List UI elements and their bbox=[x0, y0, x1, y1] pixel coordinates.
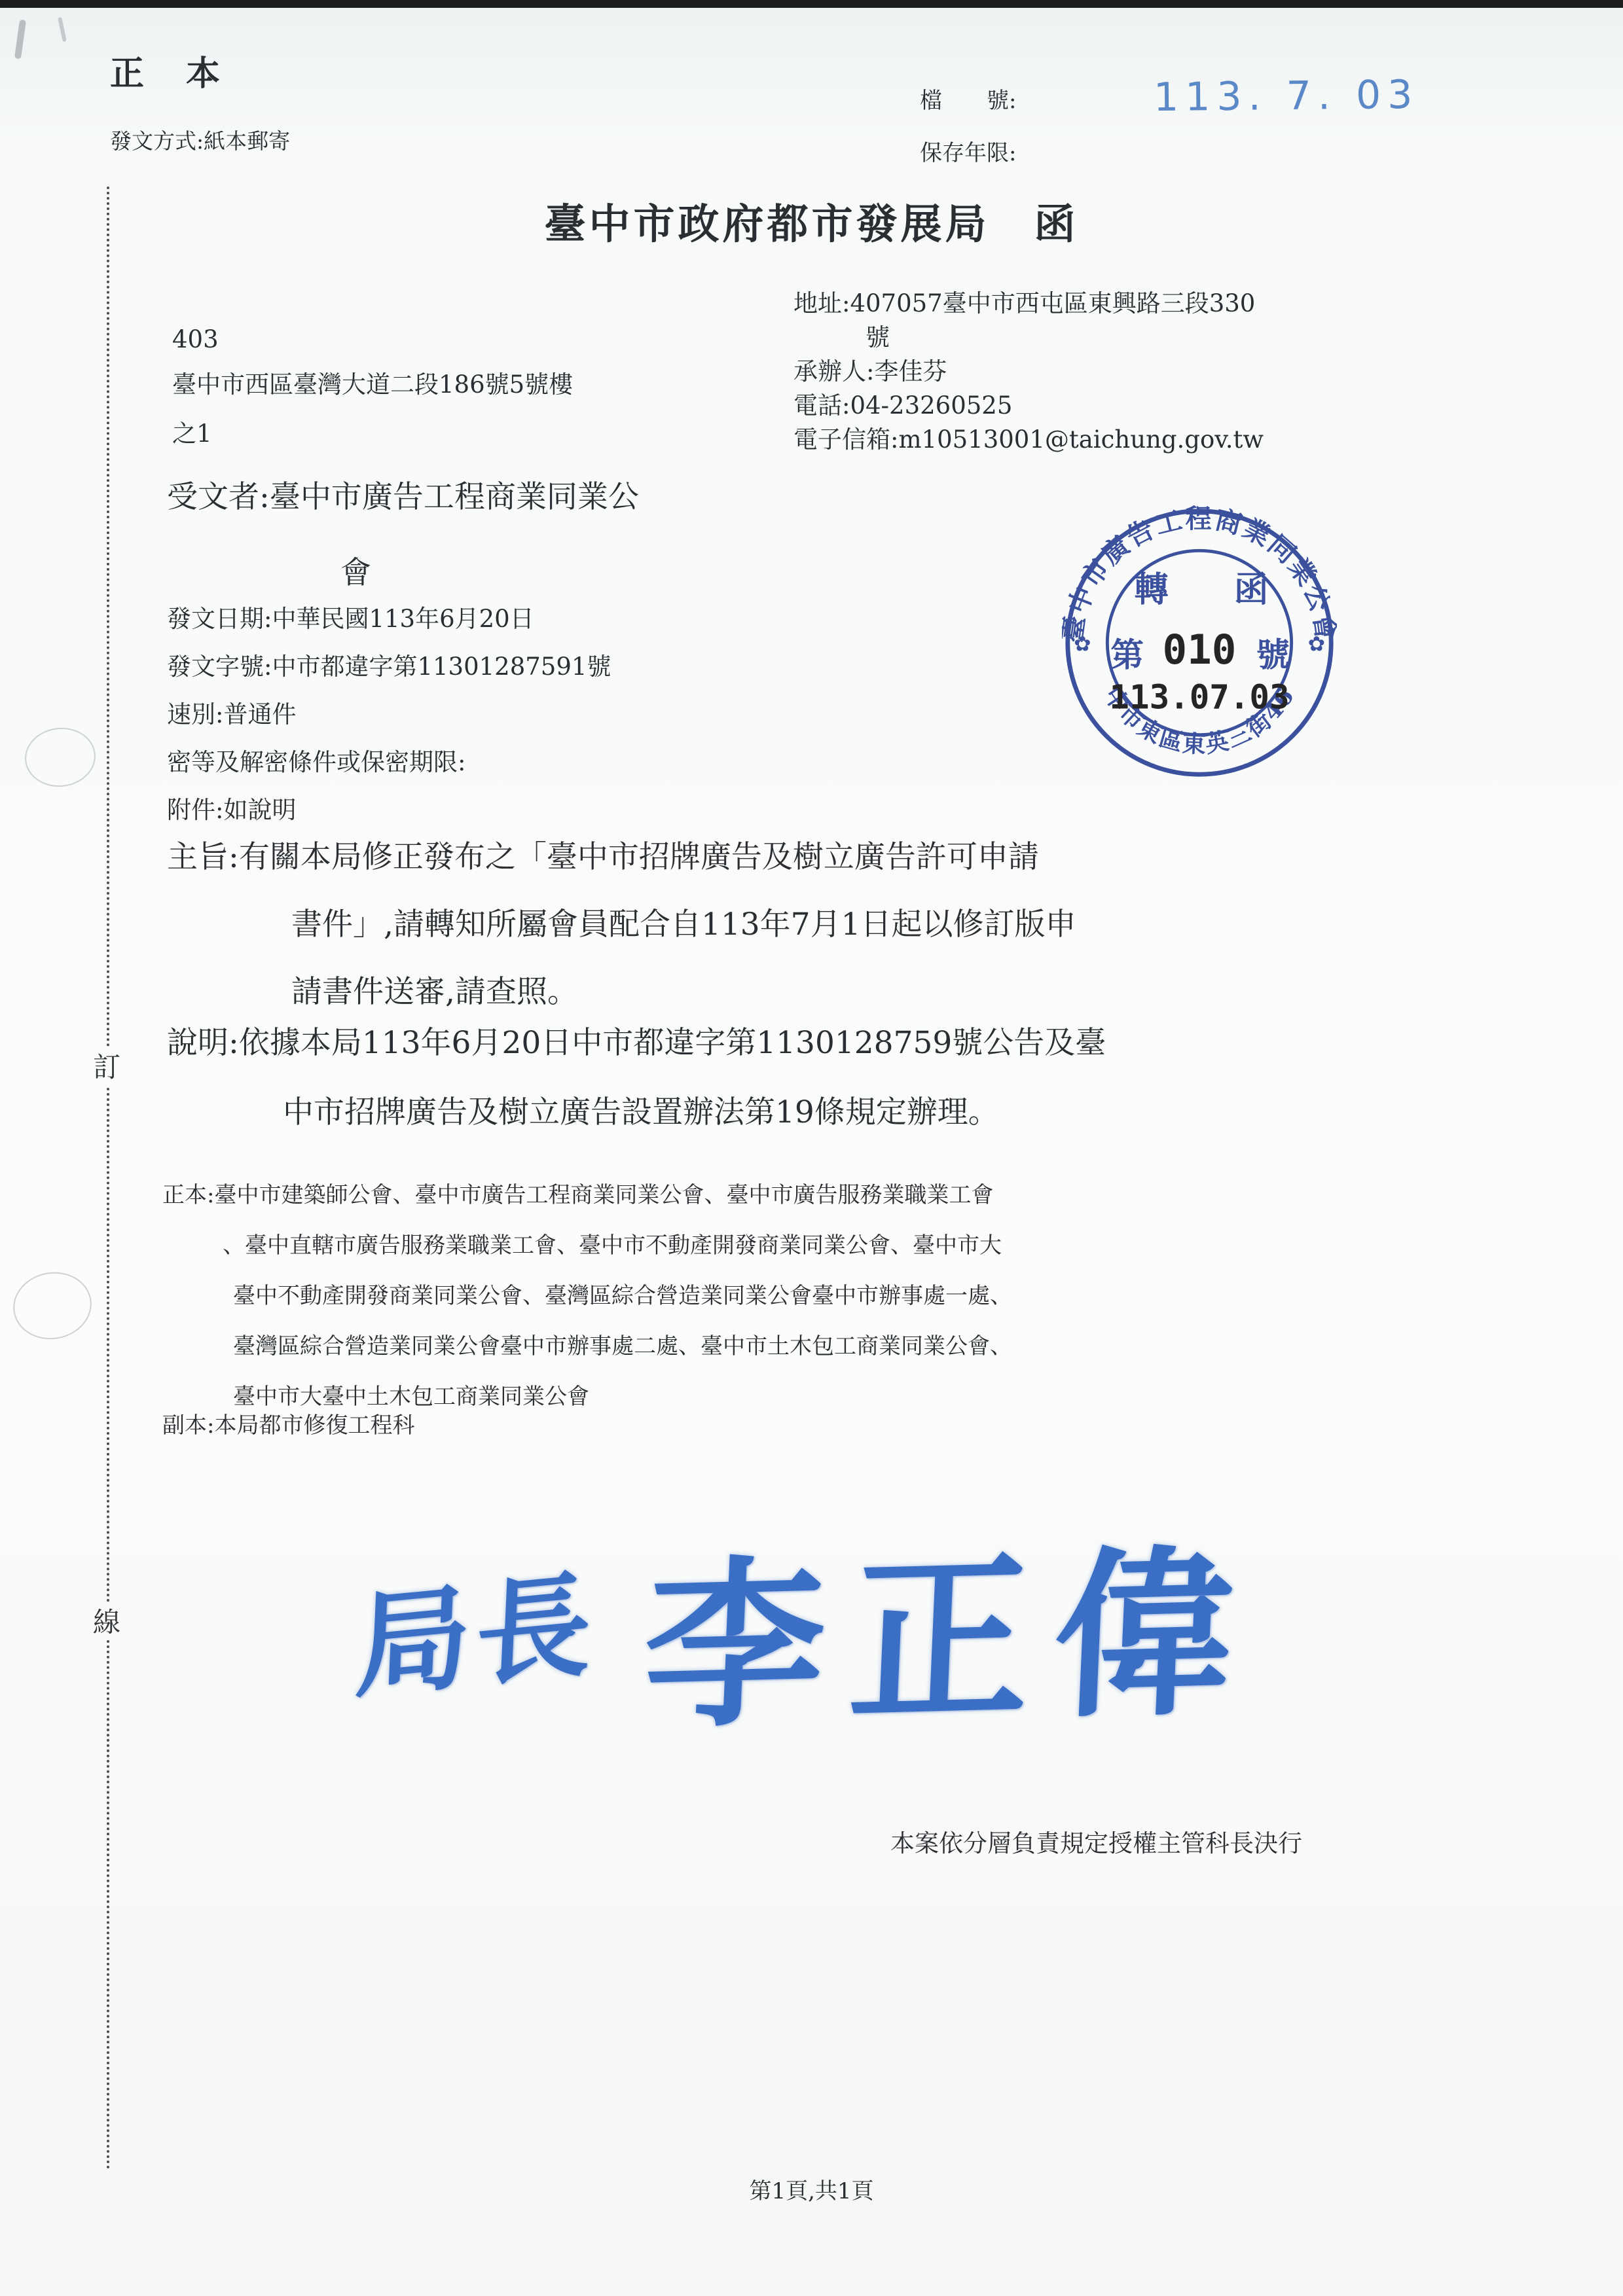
director-name: 李正偉 bbox=[640, 1487, 1266, 1763]
binding-mark-ding: 訂 bbox=[93, 1046, 120, 1085]
original-copy-recipients-line: 正本:臺中市建築師公會、臺中市廣告工程商業同業公會、臺中市廣告服務業職業工會 bbox=[162, 1177, 993, 1209]
doc-number: 發文字號:中市都違字第11301287591號 bbox=[167, 647, 611, 682]
hole-punch-mark bbox=[22, 725, 99, 791]
binding-dotted-line bbox=[107, 187, 109, 1047]
retention-period-label: 保存年限: bbox=[920, 135, 1016, 167]
director-title: 局長 bbox=[352, 1534, 600, 1721]
speed-class: 速別:普通件 bbox=[167, 694, 296, 730]
sender-contact-person: 承辦人:李佳芬 bbox=[793, 355, 1264, 389]
subject-line: 主旨:有關本局修正發布之「臺中市招牌廣告及樹立廣告許可申請 bbox=[167, 833, 1039, 876]
description-line: 中市招牌廣告及樹立廣告設置辦法第19條規定辦理。 bbox=[283, 1088, 999, 1132]
carbon-copy-recipients: 副本:本局都市修復工程科 bbox=[162, 1407, 414, 1439]
subject-line: 請書件送審,請查照。 bbox=[291, 967, 578, 1011]
recipient-address-line2: 之1 bbox=[172, 414, 212, 449]
sender-email: 電子信箱:m10513001@taichung.gov.tw bbox=[793, 423, 1264, 457]
document-title: 臺中市政府都市發展局 函 bbox=[0, 191, 1623, 251]
authorization-note: 本案依分層負責規定授權主管科長決行 bbox=[890, 1823, 1302, 1859]
recipient-line1: 受文者:臺中市廣告工程商業同業公 bbox=[167, 473, 639, 516]
sender-info-block: 地址:407057臺中市西屯區東興路三段330 號 承辦人:李佳芬 電話:04-… bbox=[793, 287, 1264, 457]
sender-phone: 電話:04-23260525 bbox=[793, 389, 1264, 423]
original-copy-recipients-line: 臺中市大臺中土木包工商業同業公會 bbox=[233, 1378, 589, 1410]
attachment-note: 附件:如說明 bbox=[167, 790, 296, 825]
scan-smudge bbox=[14, 20, 26, 60]
security-class: 密等及解密條件或保密期限: bbox=[167, 742, 465, 778]
description-line: 說明:依據本局113年6月20日中市都違字第1130128759號公告及臺 bbox=[167, 1018, 1106, 1062]
file-number-label: 檔 號: bbox=[920, 82, 1016, 115]
seal-flower-left-icon: ✿ bbox=[1074, 633, 1091, 656]
original-copy-recipients-line: 、臺中直轄市廣告服務業職業工會、臺中市不動產開發商業同業公會、臺中市大 bbox=[223, 1227, 1002, 1259]
original-copy-recipients-line: 臺中不動產開發商業同業公會、臺灣區綜合營造業同業公會臺中市辦事處一處、 bbox=[233, 1278, 1012, 1310]
recipient-zip: 403 bbox=[172, 325, 219, 353]
seal-date: 113.07.03 bbox=[1109, 678, 1289, 717]
scan-artifact-strip bbox=[0, 0, 1623, 8]
recipient-address-line1: 臺中市西區臺灣大道二段186號5號樓 bbox=[172, 365, 573, 400]
binding-mark-xian: 線 bbox=[93, 1601, 120, 1640]
binding-dotted-line bbox=[107, 1640, 109, 2169]
seal-number-value: 010 bbox=[1163, 626, 1237, 673]
received-date-stamp: 113. 7. 03 bbox=[1154, 72, 1419, 120]
sender-address-line2: 號 bbox=[793, 321, 1264, 355]
recipient-line2: 會 bbox=[340, 548, 371, 592]
hole-punch-mark bbox=[8, 1266, 97, 1345]
seal-number-suffix: 號 bbox=[1256, 635, 1290, 674]
association-seal: 臺中市廣告工程商業同業公會 臺中市東區東英三街46號 ✿ ✿ 轉 函 第 010… bbox=[1062, 505, 1337, 780]
subject-line: 書件」,請轉知所屬會員配合自113年7月1日起以修訂版申 bbox=[291, 900, 1076, 944]
delivery-method-label: 發文方式:紙本郵寄 bbox=[110, 124, 290, 155]
director-signature-stamp: 局長 李正偉 bbox=[354, 1487, 1264, 1770]
original-copy-recipients-line: 臺灣區綜合營造業同業公會臺中市辦事處二處、臺中市土木包工商業同業公會、 bbox=[233, 1328, 1012, 1360]
copy-type-label: 正 本 bbox=[110, 46, 224, 95]
scanned-official-letter: 訂 線 正 本 發文方式:紙本郵寄 檔 號: 保存年限: 113. 7. 03 … bbox=[0, 0, 1623, 2296]
seal-org-arc: 臺中市廣告工程商業同業公會 bbox=[1062, 505, 1337, 644]
seal-label-right: 函 bbox=[1234, 569, 1269, 610]
scan-smudge bbox=[58, 17, 67, 42]
issue-date: 發文日期:中華民國113年6月20日 bbox=[167, 599, 534, 634]
seal-flower-right-icon: ✿ bbox=[1308, 633, 1325, 656]
binding-dotted-line bbox=[107, 1088, 109, 1602]
seal-number-prefix: 第 bbox=[1110, 635, 1144, 674]
page-number-footer: 第1頁,共1頁 bbox=[0, 2173, 1623, 2205]
seal-label-left: 轉 bbox=[1134, 569, 1169, 610]
sender-address-line1: 地址:407057臺中市西屯區東興路三段330 bbox=[793, 287, 1264, 321]
